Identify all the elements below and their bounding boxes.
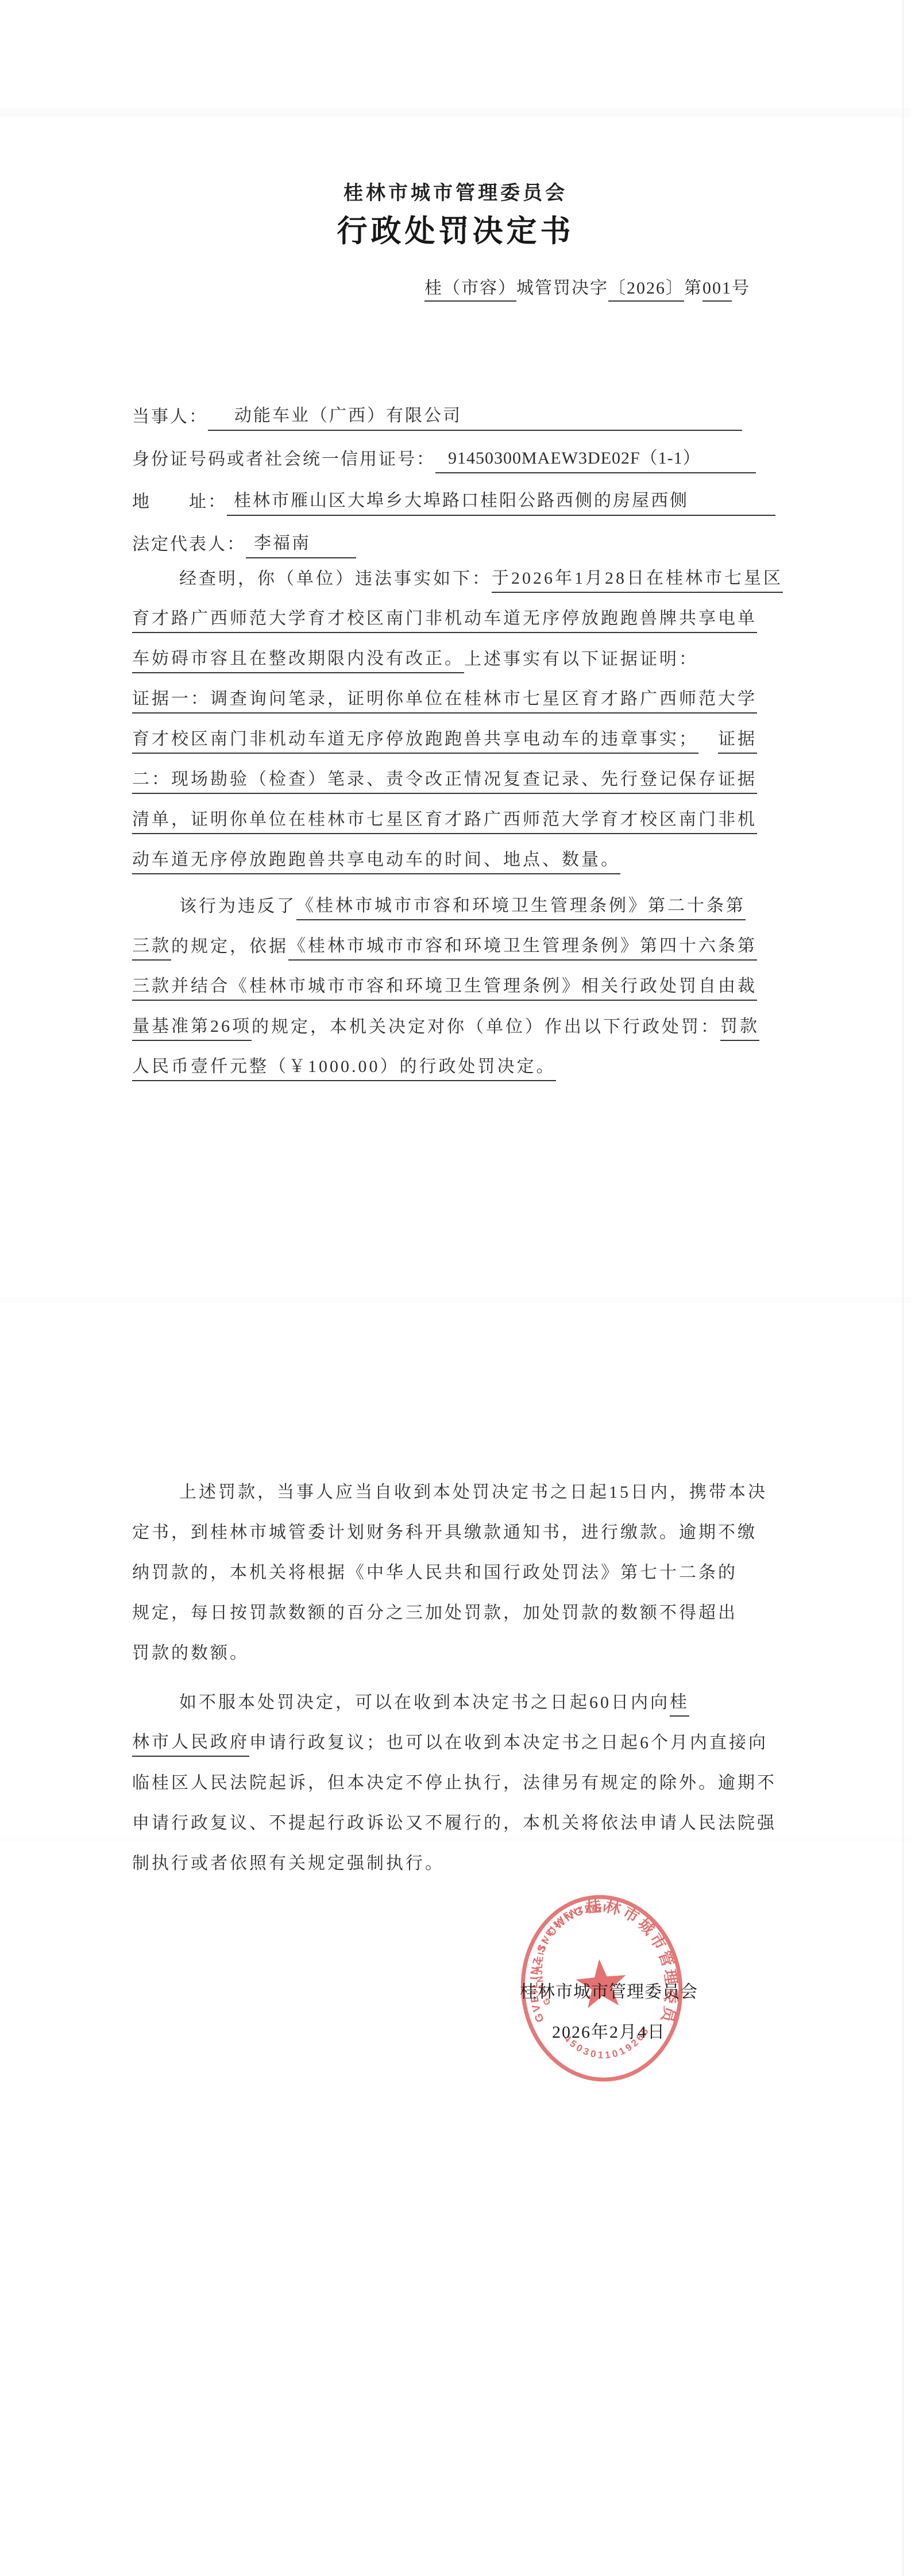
text-segment: 定书，到桂林市城管委计划财务科开具缴款通知书，进行缴款。逾期不缴	[132, 1518, 757, 1547]
text-segment: 车妨碍市容且在整改期限内没有改正。	[132, 644, 464, 673]
body-text-line: 经查明，你（单位）违法事实如下：于2026年1月28日在桂林市七星区	[132, 553, 787, 593]
administrative-penalty-document: 桂林市城市管理委员会 行政处罚决定书 桂（市容）城管罚决字〔2026〕第001号…	[0, 0, 911, 2576]
body-text-line: 量基准第26项 的规定，本机关决定对你（单位）作出以下行政处罚：罚款	[132, 1001, 787, 1041]
text-segment: 三款	[132, 931, 171, 961]
body-text-line: 林市人民政府申请行政复议；也可以在收到本决定书之日起6个月内直接向	[132, 1717, 787, 1757]
document-title: 行政处罚决定书	[0, 207, 911, 250]
text-segment: 申请行政复议、不提起行政诉讼又不履行的，本机关将依法申请人民法院强	[132, 1808, 777, 1837]
text-segment: 于2026年1月28日在桂林市七星区	[492, 564, 783, 593]
party-value: 动能车业（广西）有限公司	[208, 401, 742, 431]
text-segment: 罚款的数额。	[132, 1638, 249, 1667]
facts-paragraph: 经查明，你（单位）违法事实如下：于2026年1月28日在桂林市七星区育才路广西师…	[132, 553, 787, 874]
text-segment: 育才校区南门非机动车道无序停放跑跑兽共享电动车的违章事实；	[132, 724, 698, 754]
signature-date: 2026年2月4日	[505, 2018, 712, 2043]
text-segment: 城管罚决字	[516, 279, 608, 298]
text-segment: 桂	[670, 1687, 689, 1717]
legal-basis-paragraph: 该行为违反了《桂林市城市市容和环境卫生管理条例》第二十条第三款的规定，依据《桂林…	[132, 880, 787, 1081]
document-number: 桂（市容）城管罚决字〔2026〕第001号	[132, 273, 750, 299]
text-segment: 纳罚款的，本机关将根据《中华人民共和国行政处罚法》第七十二条的	[132, 1558, 738, 1587]
text-segment: 如不服本处罚决定，可以在收到本决定书之日起60日内向	[179, 1688, 670, 1717]
text-segment: 动车道无序停放跑跑兽共享电动车的时间、地点、数量。	[132, 845, 620, 874]
body-text-line: 制执行或者依照有关规定强制执行。	[132, 1837, 787, 1877]
body-text-line: 申请行政复议、不提起行政诉讼又不履行的，本机关将依法申请人民法院强	[132, 1797, 787, 1837]
party-info-block: 当事人： 动能车业（广西）有限公司 身份证号码或者社会统一信用证号： 91450…	[132, 388, 781, 558]
body-text-line: 罚款的数额。	[132, 1627, 787, 1667]
text-segment: 二：现场勘验（检查）笔录、责令改正情况复查记录、先行登记保存证据	[132, 765, 757, 794]
issuing-authority-title: 桂林市城市管理委员会	[0, 177, 911, 205]
payment-paragraph: 上述罚款，当事人应当自收到本处罚决定书之日起15日内，携带本决定书，到桂林市城管…	[132, 1466, 787, 1667]
legal-representative-line: 法定代表人： 李福南	[132, 516, 781, 558]
address-line: 地 址： 桂林市雁山区大埠乡大埠路口桂阳公路西侧的房屋西侧	[132, 473, 775, 516]
appeal-paragraph: 如不服本处罚决定，可以在收到本决定书之日起60日内向桂林市人民政府申请行政复议；…	[132, 1676, 787, 1877]
body-text-line: 规定，每日按罚款数额的百分之三加处罚款，加处罚款的数额不得超出	[132, 1587, 787, 1627]
text-segment: 001	[702, 279, 732, 302]
address-value: 桂林市雁山区大埠乡大埠路口桂阳公路西侧的房屋西侧	[227, 486, 775, 516]
body-text-line: 证据一：调查询问笔录，证明你单位在桂林市七星区育才路广西师范大学	[132, 673, 787, 714]
text-segment: 量基准第26项	[132, 1012, 252, 1041]
body-text-line: 三款的规定，依据《桂林市城市市容和环境卫生管理条例》第四十六条第	[132, 920, 787, 961]
party-label: 当事人：	[132, 402, 208, 431]
text-segment: 规定，每日按罚款数额的百分之三加处罚款，加处罚款的数额不得超出	[132, 1598, 738, 1627]
text-segment: 上述事实有以下证据证明：	[464, 645, 698, 673]
text-segment: 清单，证明你单位在桂林市七星区育才路广西师范大学育才校区南门非机	[132, 805, 757, 834]
text-segment: 《桂林市城市市容和环境卫生管理条例》第二十条第	[296, 891, 746, 920]
text-segment: 人民币壹仟元整（￥1000.00）的行政处罚决定。	[132, 1052, 556, 1081]
scan-artifact-band	[0, 108, 911, 117]
text-segment: 〔2026〕	[608, 279, 684, 302]
text-segment: 三款并结合《桂林市城市市容和环境卫生管理条例》相关行政处罚自由裁	[132, 971, 757, 1001]
text-segment: 申请行政复议；也可以在收到本决定书之日起6个月内直接向	[249, 1728, 768, 1757]
text-segment: 第	[684, 279, 702, 298]
text-segment: 罚款	[720, 1012, 759, 1041]
body-text-line: 育才校区南门非机动车道无序停放跑跑兽共享电动车的违章事实； 证据	[132, 714, 787, 754]
text-segment: 桂（市容）	[424, 279, 516, 302]
body-text-line: 上述罚款，当事人应当自收到本处罚决定书之日起15日内，携带本决	[132, 1466, 787, 1506]
signature-authority: 桂林市城市管理委员会	[505, 1977, 712, 2003]
address-label: 地 址：	[132, 487, 227, 516]
text-segment: 的规定，依据	[171, 932, 288, 961]
body-text-line: 动车道无序停放跑跑兽共享电动车的时间、地点、数量。	[132, 834, 787, 874]
body-text-line: 该行为违反了《桂林市城市市容和环境卫生管理条例》第二十条第	[132, 880, 787, 920]
text-segment	[698, 725, 718, 754]
text-segment: 证据	[718, 724, 757, 754]
body-text-line: 车妨碍市容且在整改期限内没有改正。上述事实有以下证据证明：	[132, 633, 787, 673]
credit-code-line: 身份证号码或者社会统一信用证号： 91450300MAEW3DE02F（1-1）	[132, 431, 756, 473]
text-segment: 制执行或者依照有关规定强制执行。	[132, 1849, 445, 1877]
credit-code-value: 91450300MAEW3DE02F（1-1）	[435, 444, 756, 473]
text-segment: 经查明，你（单位）违法事实如下：	[179, 564, 492, 593]
body-text-line: 纳罚款的，本机关将根据《中华人民共和国行政处罚法》第七十二条的	[132, 1547, 787, 1587]
text-segment: 林市人民政府	[132, 1727, 249, 1757]
party-line: 当事人： 动能车业（广西）有限公司	[132, 388, 742, 431]
text-segment: 上述罚款，当事人应当自收到本处罚决定书之日起15日内，携带本决	[179, 1478, 767, 1506]
credit-code-label: 身份证号码或者社会统一信用证号：	[132, 445, 435, 473]
body-text-line: 育才路广西师范大学育才校区南门非机动车道无序停放跑跑兽牌共享电单	[132, 593, 787, 633]
scan-edge-line	[902, 0, 904, 2576]
text-segment: 临桂区人民法院起诉，但本决定不停止执行，法律另有规定的除外。逾期不	[132, 1768, 777, 1797]
text-segment: 该行为违反了	[179, 892, 296, 920]
body-text-line: 临桂区人民法院起诉，但本决定不停止执行，法律另有规定的除外。逾期不	[132, 1757, 787, 1797]
text-segment: 《桂林市城市市容和环境卫生管理条例》第四十六条第	[288, 931, 757, 961]
body-text-line: 二：现场勘验（检查）笔录、责令改正情况复查记录、先行登记保存证据	[132, 754, 787, 794]
text-segment: 的规定，本机关决定对你（单位）作出以下行政处罚：	[252, 1012, 720, 1041]
text-segment: 号	[732, 279, 750, 298]
body-text-line: 清单，证明你单位在桂林市七星区育才路广西师范大学育才校区南门非机	[132, 794, 787, 834]
body-text-line: 三款并结合《桂林市城市市容和环境卫生管理条例》相关行政处罚自由裁	[132, 961, 787, 1001]
text-segment: 证据一：调查询问笔录，证明你单位在桂林市七星区育才路广西师范大学	[132, 684, 757, 714]
text-segment: 育才路广西师范大学育才校区南门非机动车道无序停放跑跑兽牌共享电单	[132, 604, 757, 633]
body-text-line: 如不服本处罚决定，可以在收到本决定书之日起60日内向桂	[132, 1676, 787, 1717]
body-text-line: 人民币壹仟元整（￥1000.00）的行政处罚决定。	[132, 1041, 787, 1081]
body-text-line: 定书，到桂林市城管委计划财务科开具缴款通知书，进行缴款。逾期不缴	[132, 1506, 787, 1547]
scan-artifact-band	[0, 1297, 911, 1303]
